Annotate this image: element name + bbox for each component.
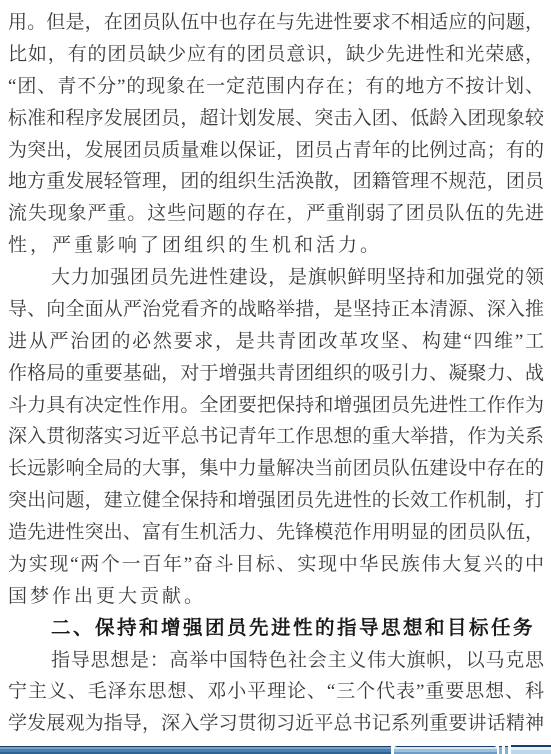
text-line: 斗力具有决定性作用。全团要把保持和增强团员先进性工作作为 — [8, 390, 544, 422]
document-text-area: 用。但是，在团员队伍中也存在与先进性要求不相适应的问题，比如，有的团员缺少应有的… — [0, 0, 551, 740]
window-edge-right[interactable] — [511, 745, 551, 754]
text-line: 突出问题，建立健全保持和增强团员先进性的长效工作机制，打 — [8, 485, 544, 517]
text-line: 为突出，发展团员质量难以保证，团员占青年的比例过高；有的 — [8, 135, 544, 167]
section-heading: 二、保持和增强团员先进性的指导思想和目标任务 — [8, 613, 544, 645]
text-line: 地方重发展轻管理，团的组织生活涣散，团籍管理不规范，团员 — [8, 166, 544, 198]
text-line: 用。但是，在团员队伍中也存在与先进性要求不相适应的问题， — [8, 7, 544, 39]
text-line: 深入贯彻落实习近平总书记青年工作思想的重大举措，作为关系 — [8, 421, 544, 453]
text-line: 流失现象严重。这些问题的存在，严重削弱了团员队伍的先进 — [8, 198, 544, 230]
text-line: 为实现“两个一百年”奋斗目标、实现中华民族伟大复兴的中 — [8, 549, 544, 581]
document-page: 用。但是，在团员队伍中也存在与先进性要求不相适应的问题，比如，有的团员缺少应有的… — [0, 0, 551, 754]
text-line: “团、青不分”的现象在一定范围内存在；有的地方不按计划、 — [8, 71, 544, 103]
text-line: 造先进性突出、富有生机活力、先锋模范作用明显的团员队伍， — [8, 517, 544, 549]
bottom-taskbar-edge — [0, 744, 551, 754]
text-line: 学发展观为指导，深入学习贯彻习近平总书记系列重要讲话精神 — [8, 708, 544, 740]
text-line: 标准和程序发展团员，超计划发展、突击入团、低龄入团现象较 — [8, 103, 544, 135]
text-line: 进从严治团的必然要求，是共青团改革攻坚、构建“四维”工 — [8, 326, 544, 358]
text-line: 指导思想是：高举中国特色社会主义伟大旗帜，以马克思列 — [8, 645, 544, 677]
text-line: 比如，有的团员缺少应有的团员意识，缺少先进性和光荣感， — [8, 39, 544, 71]
text-line: 作格局的重要基础，对于增强共青团组织的吸引力、凝聚力、战 — [8, 358, 544, 390]
text-line: 性，严重影响了团组织的生机和活力。 — [8, 230, 544, 262]
taskbar-button[interactable] — [394, 746, 497, 754]
text-line: 长远影响全局的大事，集中力量解决当前团员队伍建设中存在的 — [8, 453, 544, 485]
taskbar-grip-icon — [497, 746, 511, 754]
text-line: 国梦作出更大贡献。 — [8, 581, 544, 613]
text-line: 大力加强团员先进性建设，是旗帜鲜明坚持和加强党的领 — [8, 262, 544, 294]
text-line: 导、向全面从严治党看齐的战略举措，是坚持正本清源、深入推 — [8, 294, 544, 326]
taskbar-strip-left[interactable] — [0, 746, 391, 754]
text-line: 宁主义、毛泽东思想、邓小平理论、“三个代表”重要思想、科 — [8, 676, 544, 708]
